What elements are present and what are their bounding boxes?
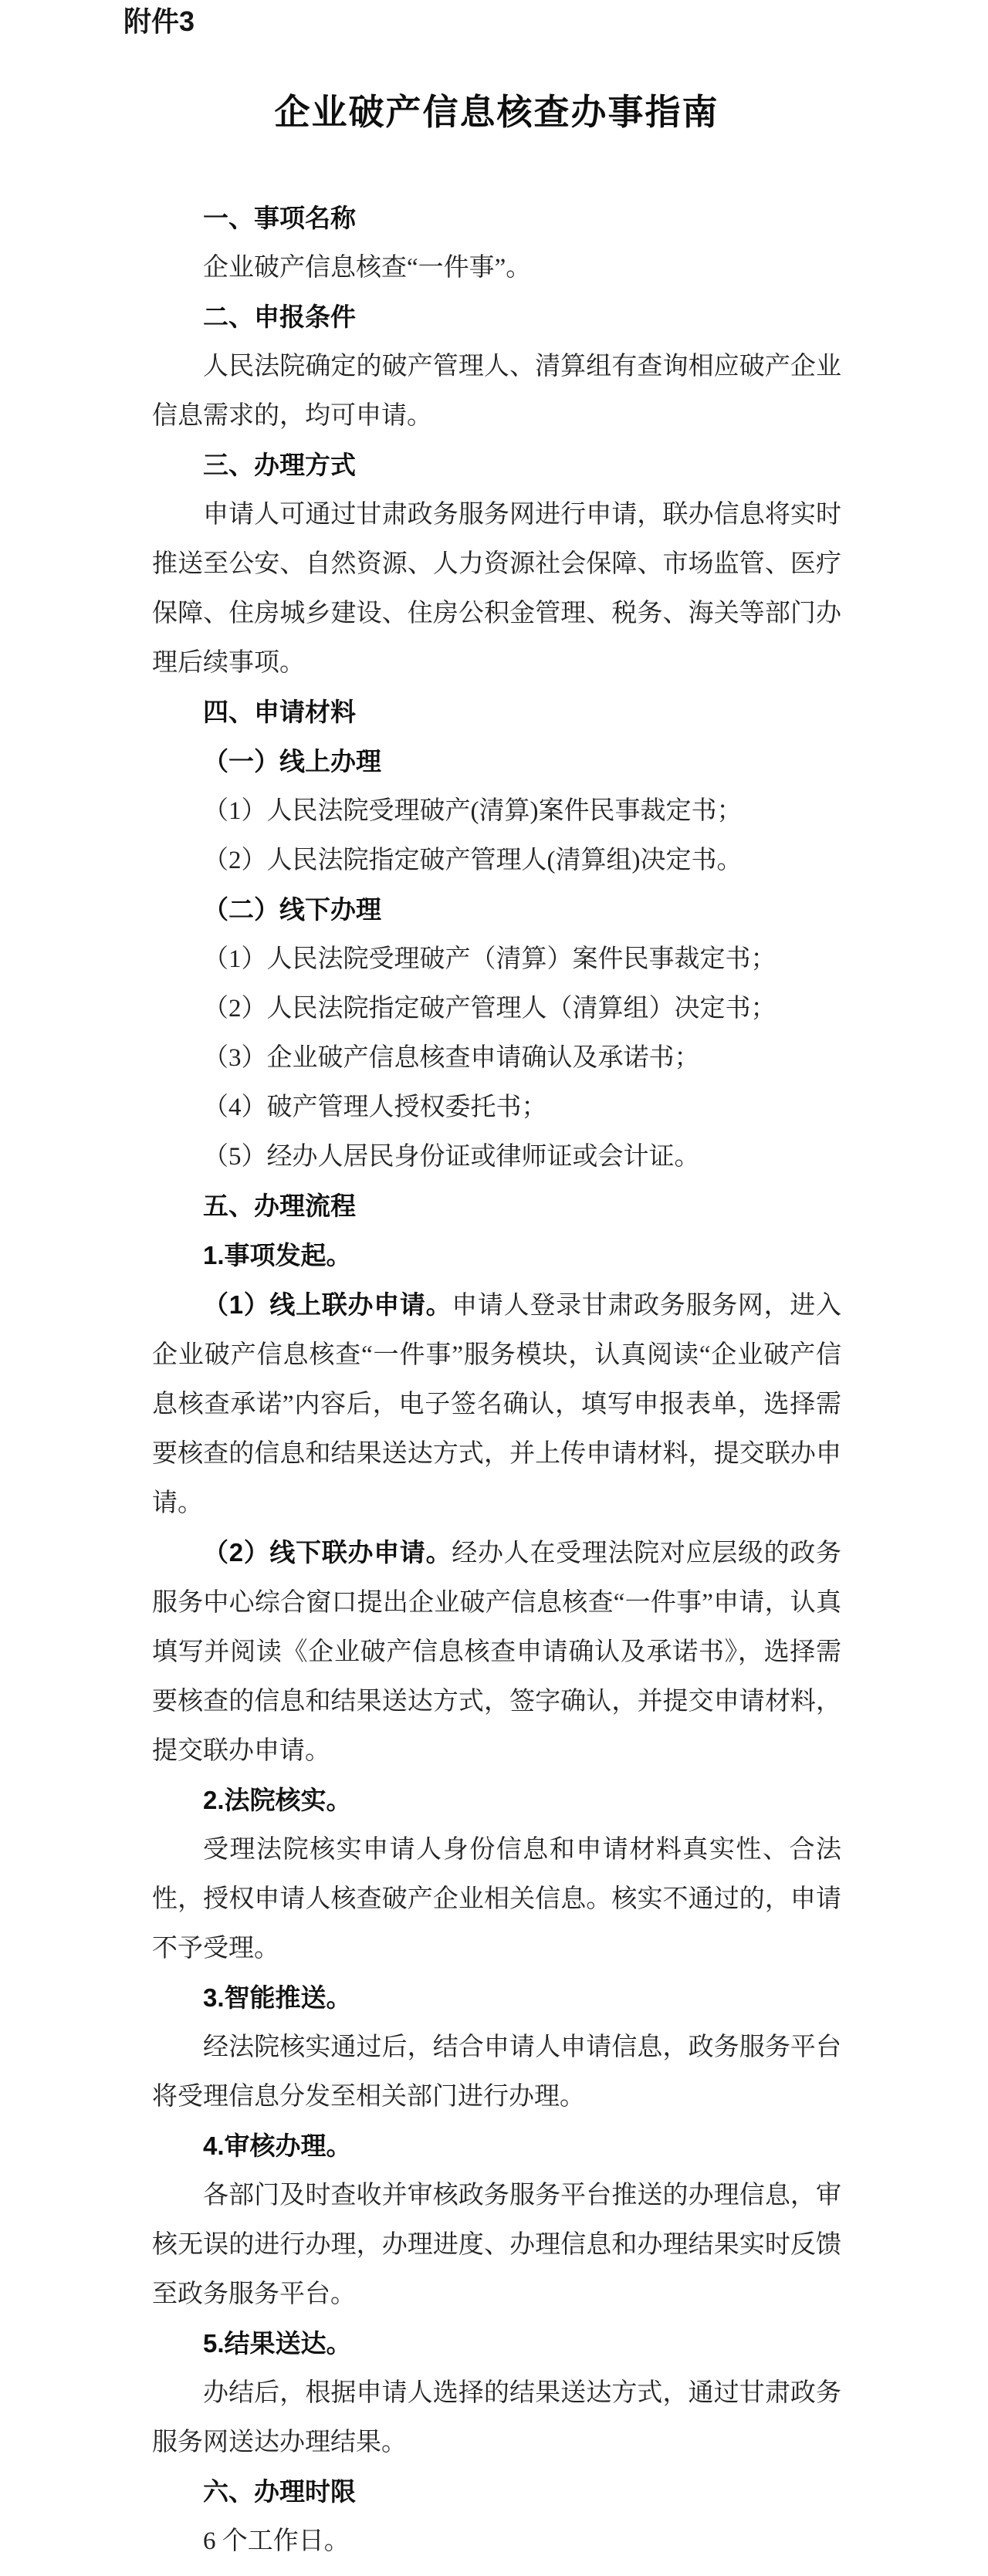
paragraph: 6 个工作日。 xyxy=(152,2517,841,2566)
section-heading: 二、申报条件 xyxy=(152,292,841,342)
attachment-label: 附件3 xyxy=(123,0,988,39)
list-item: （1）人民法院受理破产（清算）案件民事裁定书； xyxy=(152,935,841,984)
paragraph-text: 经办人在受理法院对应层级的政务服务中心综合窗口提出企业破产信息核查“一件事”申请… xyxy=(152,1540,841,1765)
section-heading: 一、事项名称 xyxy=(152,194,841,243)
section-heading: 四、申请材料 xyxy=(152,688,841,737)
list-item: （2）人民法院指定破产管理人(清算组)决定书。 xyxy=(152,836,841,885)
section-heading: 六、办理时限 xyxy=(152,2467,841,2517)
paragraph: 办结后，根据申请人选择的结果送达方式，通过甘肃政务服务网送达办理结果。 xyxy=(152,2368,841,2467)
list-item: （1）人民法院受理破产(清算)案件民事裁定书； xyxy=(152,786,841,836)
document-body: 一、事项名称 企业破产信息核查“一件事”。 二、申报条件 人民法院确定的破产管理… xyxy=(0,194,841,2576)
list-item: （5）经办人居民身份证或律师证或会计证。 xyxy=(152,1132,841,1182)
list-item: （4）破产管理人授权委托书； xyxy=(152,1083,841,1132)
sub-heading: （二）线下办理 xyxy=(152,885,841,935)
document-page: 附件3 企业破产信息核查办事指南 一、事项名称 企业破产信息核查“一件事”。 二… xyxy=(0,0,988,2576)
paragraph: （2）线下联办申请。经办人在受理法院对应层级的政务服务中心综合窗口提出企业破产信… xyxy=(152,1528,841,1776)
numbered-step-heading: 4.审核办理。 xyxy=(152,2121,841,2171)
sub-heading: （一）线上办理 xyxy=(152,737,841,786)
section-heading: 三、办理方式 xyxy=(152,441,841,490)
paragraph: 人民法院确定的破产管理人、清算组有查询相应破产企业信息需求的，均可申请。 xyxy=(152,342,841,441)
numbered-step-heading: 1.事项发起。 xyxy=(152,1231,841,1280)
paragraph-text: 申请人登录甘肃政务服务网，进入企业破产信息核查“一件事”服务模块，认真阅读“企业… xyxy=(152,1292,841,1517)
paragraph: （1）线上联办申请。申请人登录甘肃政务服务网，进入企业破产信息核查“一件事”服务… xyxy=(152,1280,841,1528)
paragraph: 受理法院核实申请人身份信息和申请材料真实性、合法性，授权申请人核查破产企业相关信… xyxy=(152,1825,841,1973)
section-heading: 五、办理流程 xyxy=(152,1182,841,1231)
paragraph-lead: （2）线下联办申请。 xyxy=(203,1538,452,1567)
page-title: 企业破产信息核查办事指南 xyxy=(0,85,988,140)
paragraph: 经法院核实通过后，结合申请人申请信息，政务服务平台将受理信息分发至相关部门进行办… xyxy=(152,2023,841,2121)
paragraph: 企业破产信息核查“一件事”。 xyxy=(152,243,841,292)
paragraph: 各部门及时查收并审核政务服务平台推送的办理信息，审核无误的进行办理，办理进度、办… xyxy=(152,2171,841,2319)
paragraph: 申请人可通过甘肃政务服务网进行申请，联办信息将实时推送至公安、自然资源、人力资源… xyxy=(152,490,841,688)
paragraph-lead: （1）线上联办申请。 xyxy=(203,1290,452,1319)
list-item: （2）人民法院指定破产管理人（清算组）决定书； xyxy=(152,984,841,1033)
numbered-step-heading: 5.结果送达。 xyxy=(152,2319,841,2368)
numbered-step-heading: 3.智能推送。 xyxy=(152,1973,841,2023)
list-item: （3）企业破产信息核查申请确认及承诺书； xyxy=(152,1033,841,1083)
numbered-step-heading: 2.法院核实。 xyxy=(152,1776,841,1825)
